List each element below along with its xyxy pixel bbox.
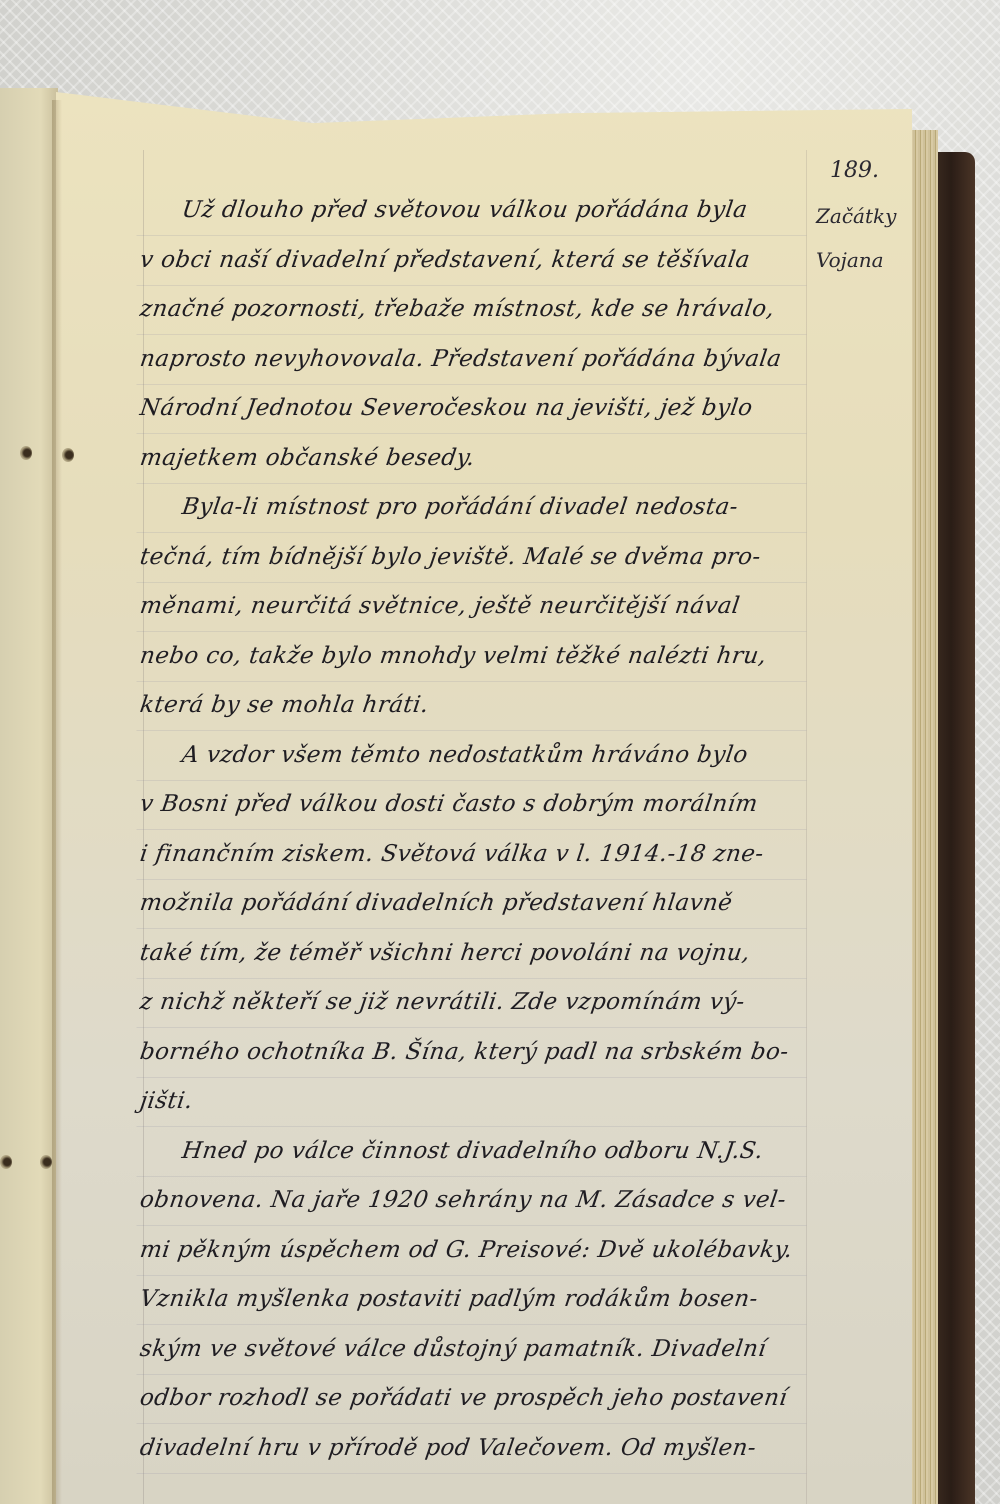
- text-line: ským ve světové válce důstojný pamatník.…: [137, 1325, 814, 1375]
- text-line: která by se mohla hráti.: [137, 681, 814, 731]
- book-cover-spine: [935, 152, 975, 1504]
- text-line: tečná, tím bídnější bylo jeviště. Malé s…: [137, 533, 814, 583]
- page-stack-edges: [908, 130, 938, 1504]
- punch-hole-icon: [0, 1155, 12, 1169]
- text-line: měnami, neurčitá světnice, ještě neurčit…: [137, 582, 814, 632]
- text-line: značné pozornosti, třebaže místnost, kde…: [137, 285, 814, 335]
- text-line: obnovena. Na jaře 1920 sehrány na M. Zás…: [137, 1176, 814, 1226]
- page-number: 189.: [830, 158, 906, 204]
- text-line: Už dlouho před světovou válkou pořádána …: [137, 186, 814, 236]
- text-line: také tím, že téměř všichni herci povolán…: [137, 929, 814, 979]
- margin-note-line: Začátky: [816, 204, 906, 248]
- text-line: borného ochotníka B. Šína, který padl na…: [137, 1028, 814, 1078]
- text-line: Byla-li místnost pro pořádání divadel ne…: [137, 483, 814, 533]
- text-line: majetkem občanské besedy.: [137, 434, 814, 484]
- text-line: odbor rozhodl se pořádati ve prospěch je…: [137, 1374, 814, 1424]
- text-line: naprosto nevyhovovala. Představení pořád…: [137, 335, 814, 385]
- text-line: možnila pořádání divadelních představení…: [137, 879, 814, 929]
- punch-hole-icon: [20, 446, 32, 460]
- margin-annotations: 189. Začátky Vojana: [816, 158, 906, 292]
- text-line: jišti.: [137, 1077, 814, 1127]
- margin-note-line: Vojana: [816, 248, 906, 292]
- previous-page-edge: [0, 88, 58, 1504]
- punch-hole-icon: [62, 448, 74, 462]
- text-line: z nichž někteří se již nevrátili. Zde vz…: [137, 978, 814, 1028]
- text-line: Vznikla myšlenka postaviti padlým rodáků…: [137, 1275, 814, 1325]
- handwritten-text-block: Už dlouho před světovou válkou pořádána …: [140, 186, 810, 1473]
- text-line: mi pěkným úspěchem od G. Preisové: Dvě u…: [137, 1226, 814, 1276]
- text-line: Hned po válce činnost divadelního odboru…: [137, 1127, 814, 1177]
- text-line: Národní Jednotou Severočeskou na jevišti…: [137, 384, 814, 434]
- book-gutter-shadow: [52, 100, 62, 1504]
- punch-hole-icon: [40, 1155, 52, 1169]
- text-line: v obci naší divadelní představení, která…: [137, 236, 814, 286]
- text-line: i finančním ziskem. Světová válka v l. 1…: [137, 830, 814, 880]
- text-line: A vzdor všem těmto nedostatkům hráváno b…: [137, 731, 814, 781]
- text-line: nebo co, takže bylo mnohdy velmi těžké n…: [137, 632, 814, 682]
- text-line: v Bosni před válkou dosti často s dobrým…: [137, 780, 814, 830]
- text-line: divadelní hru v přírodě pod Valečovem. O…: [137, 1424, 814, 1474]
